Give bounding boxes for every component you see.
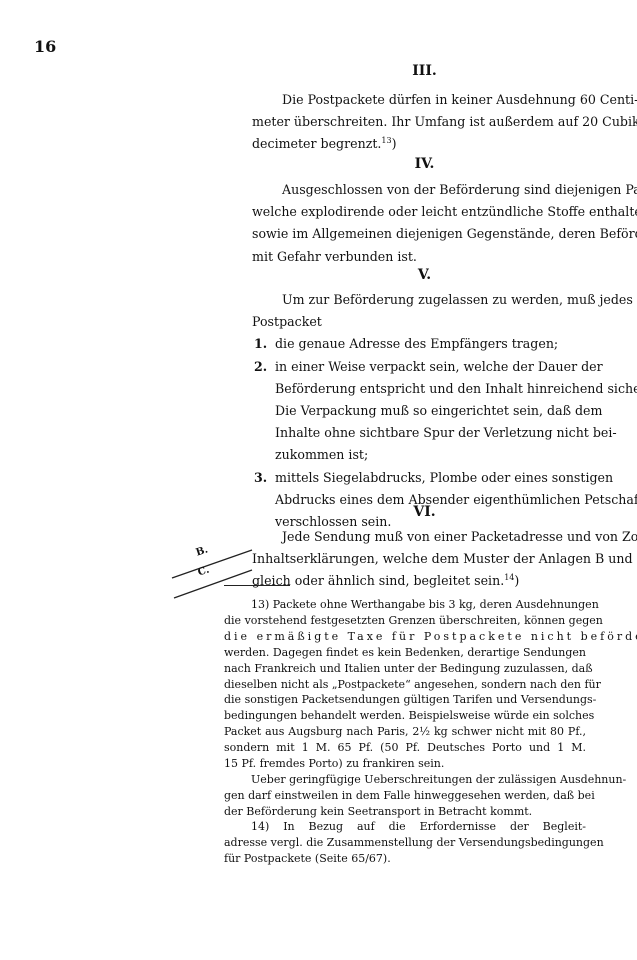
text-line: Ausgeschlossen von der Beförderung sind … — [252, 179, 597, 201]
list-item-1: 1. die genaue Adresse des Empfängers tra… — [254, 333, 597, 355]
footnote-line: der Beförderung kein Seetransport in Bet… — [224, 804, 586, 820]
text-line: Die Postpackete dürfen in keiner Ausdehn… — [252, 89, 597, 111]
text-line: meter überschreiten. Ihr Umfang ist auße… — [252, 111, 597, 133]
margin-annotation: B. C. — [170, 540, 260, 600]
text-line: die genaue Adresse des Empfängers tragen… — [275, 333, 597, 355]
footnote-separator — [224, 585, 290, 586]
text-line: sowie im Allgemeinen diejenigen Gegenstä… — [252, 223, 597, 245]
footnote-13: 13) Packete ohne Werthangabe bis 3 kg, d… — [224, 597, 586, 820]
text-line: Inhalte ohne sichtbare Spur der Verletzu… — [275, 422, 597, 444]
section-heading-v: V. — [252, 267, 597, 283]
text-line: welche explodirende oder leicht entzündl… — [252, 201, 597, 223]
list-number: 3. — [254, 467, 267, 489]
section-vi-text: Jede Sendung muß von einer Packetadresse… — [252, 526, 597, 593]
text-line: Die Verpackung muß so eingerichtet sein,… — [275, 400, 597, 422]
footnote-line: für Postpackete (Seite 65/67). — [224, 851, 586, 867]
list-item-2: 2. in einer Weise verpackt sein, welche … — [254, 356, 597, 467]
list-number: 2. — [254, 356, 267, 378]
footnote-line: 14) In Bezug auf die Erfordernisse der B… — [224, 819, 586, 835]
text-line: Postpacket — [252, 311, 597, 333]
footnote-line: 13) Packete ohne Werthangabe bis 3 kg, d… — [224, 597, 586, 613]
list-item-3: 3. mittels Siegelabdrucks, Plombe oder e… — [254, 467, 597, 534]
footnote-line: nach Frankreich und Italien unter der Be… — [224, 661, 586, 677]
page-number: 16 — [34, 37, 56, 56]
text-line: Beförderung entspricht und den Inhalt hi… — [275, 378, 597, 400]
margin-strokes — [170, 540, 260, 600]
footnote-line: werden. Dagegen findet es kein Bedenken,… — [224, 645, 586, 661]
footnote-line: adresse vergl. die Zusammenstellung der … — [224, 835, 586, 851]
footnote-line: 15 Pf. fremdes Porto) zu frankiren sein. — [224, 756, 586, 772]
section-iii-text: Die Postpackete dürfen in keiner Ausdehn… — [252, 89, 597, 156]
footnote-line: bedingungen behandelt werden. Beispielsw… — [224, 708, 586, 724]
footnote-line: Packet aus Augsburg nach Paris, 2½ kg sc… — [224, 724, 586, 740]
footnote-line: dieselben nicht als „Postpackete“ angese… — [224, 677, 586, 693]
text-line: mittels Siegelabdrucks, Plombe oder eine… — [275, 467, 597, 489]
text-line: in einer Weise verpackt sein, welche der… — [275, 356, 597, 378]
section-heading-vi: VI. — [252, 504, 597, 520]
footnote-line: sondern mit 1 M. 65 Pf. (50 Pf. Deutsche… — [224, 740, 586, 756]
text-line: decimeter begrenzt.13) — [252, 133, 597, 155]
footnote-line: gen darf einstweilen in dem Falle hinweg… — [224, 788, 586, 804]
footnote-14: 14) In Bezug auf die Erfordernisse der B… — [224, 819, 586, 867]
footnote-ref-14[interactable]: 14 — [504, 573, 514, 582]
section-heading-iv: IV. — [252, 156, 597, 172]
text-line: Um zur Beförderung zugelassen zu werden,… — [252, 289, 597, 311]
footnote-line: die vorstehend festgesetzten Grenzen übe… — [224, 613, 586, 629]
footnote-line: die sonstigen Packetsendungen gültigen T… — [224, 692, 586, 708]
text-line: zukommen ist; — [275, 444, 597, 466]
section-heading-iii: III. — [252, 63, 597, 79]
list-number: 1. — [254, 333, 267, 355]
text-line: mit Gefahr verbunden ist. — [252, 246, 597, 268]
text-line: gleich oder ähnlich sind, begleitet sein… — [252, 570, 597, 592]
footnote-line: Ueber geringfügige Ueberschreitungen der… — [224, 772, 586, 788]
text-line: Inhaltserklärungen, welche dem Muster de… — [252, 548, 597, 570]
text-line: Jede Sendung muß von einer Packetadresse… — [252, 526, 597, 548]
section-iv-text: Ausgeschlossen von der Beförderung sind … — [252, 179, 597, 268]
section-v-text: Um zur Beförderung zugelassen zu werden,… — [252, 289, 597, 533]
footnote-line: die ermäßigte Taxe für Postpackete nicht… — [224, 629, 586, 645]
footnote-ref-13[interactable]: 13 — [381, 136, 391, 145]
